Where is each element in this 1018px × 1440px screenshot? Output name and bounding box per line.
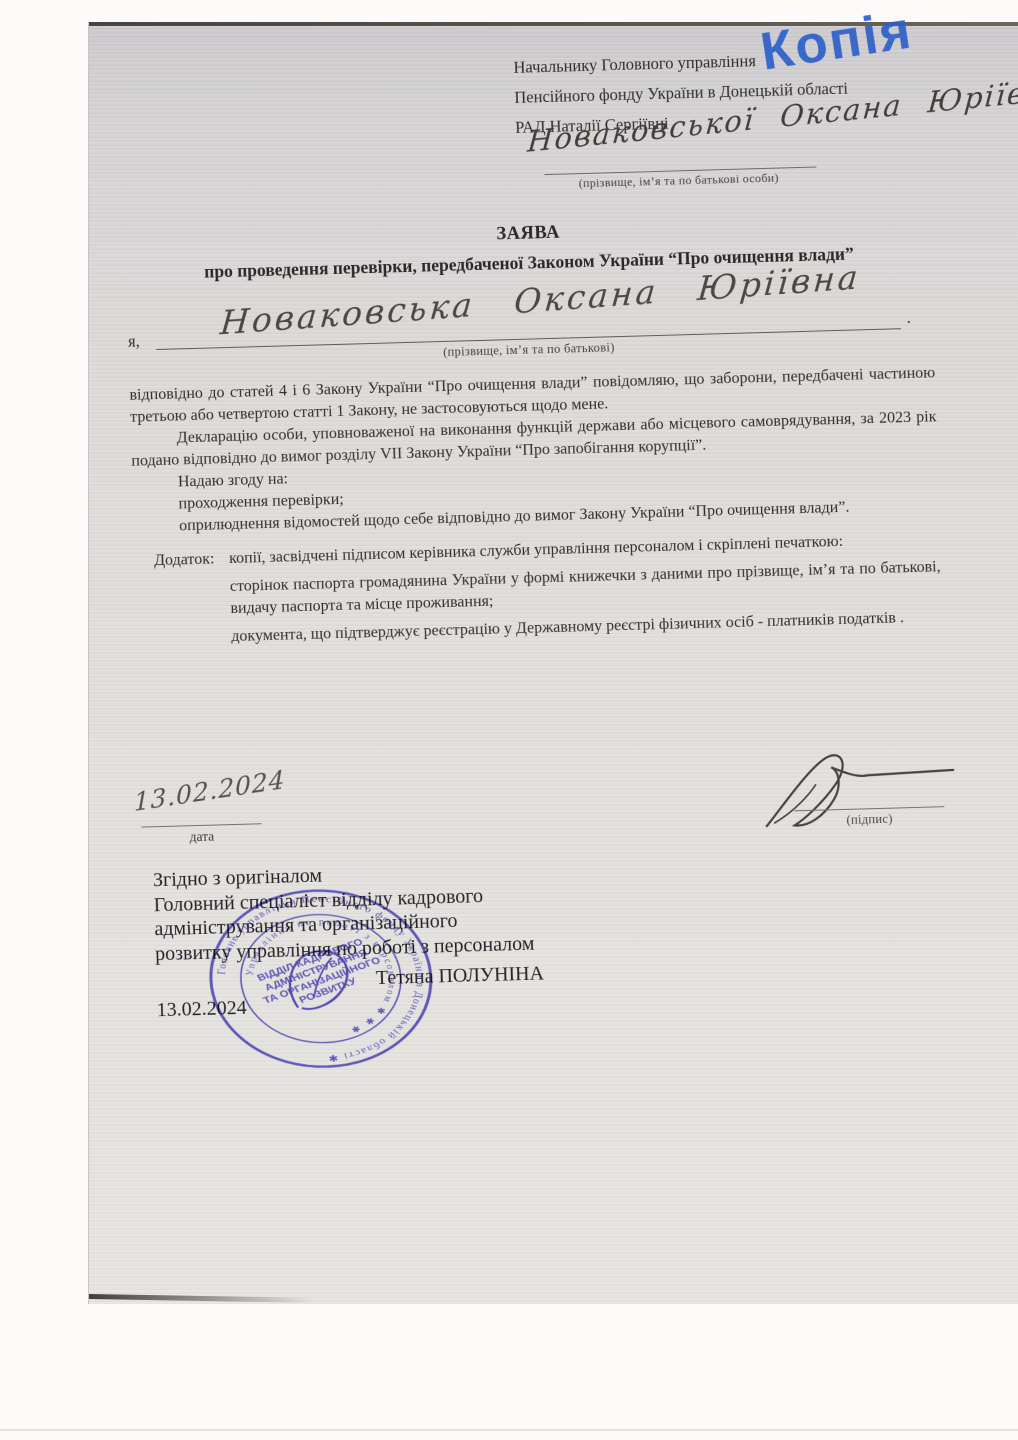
attachment-label: Додаток: — [154, 548, 215, 572]
handwritten-date: 13.02.2024 — [134, 765, 286, 817]
round-official-stamp: Головне управління Пенсійного фонду Укра… — [189, 871, 453, 1086]
attachment-block: Додаток: копії, засвідчені підписом кері… — [134, 528, 942, 650]
scanned-page: Начальнику Головного управління Пенсійно… — [88, 22, 1018, 1304]
date-field-caption: дата — [142, 827, 262, 846]
sentence-period: . — [906, 308, 911, 328]
i-label: я, — [128, 331, 140, 351]
body-column: відповідно до статей 4 і 6 Закону Україн… — [129, 362, 942, 656]
attachment-items: копії, засвідчені підписом керівника слу… — [229, 528, 943, 648]
document-content: Начальнику Головного управління Пенсійно… — [72, 9, 1018, 1316]
scanner-artifact-line — [0, 1429, 1018, 1431]
